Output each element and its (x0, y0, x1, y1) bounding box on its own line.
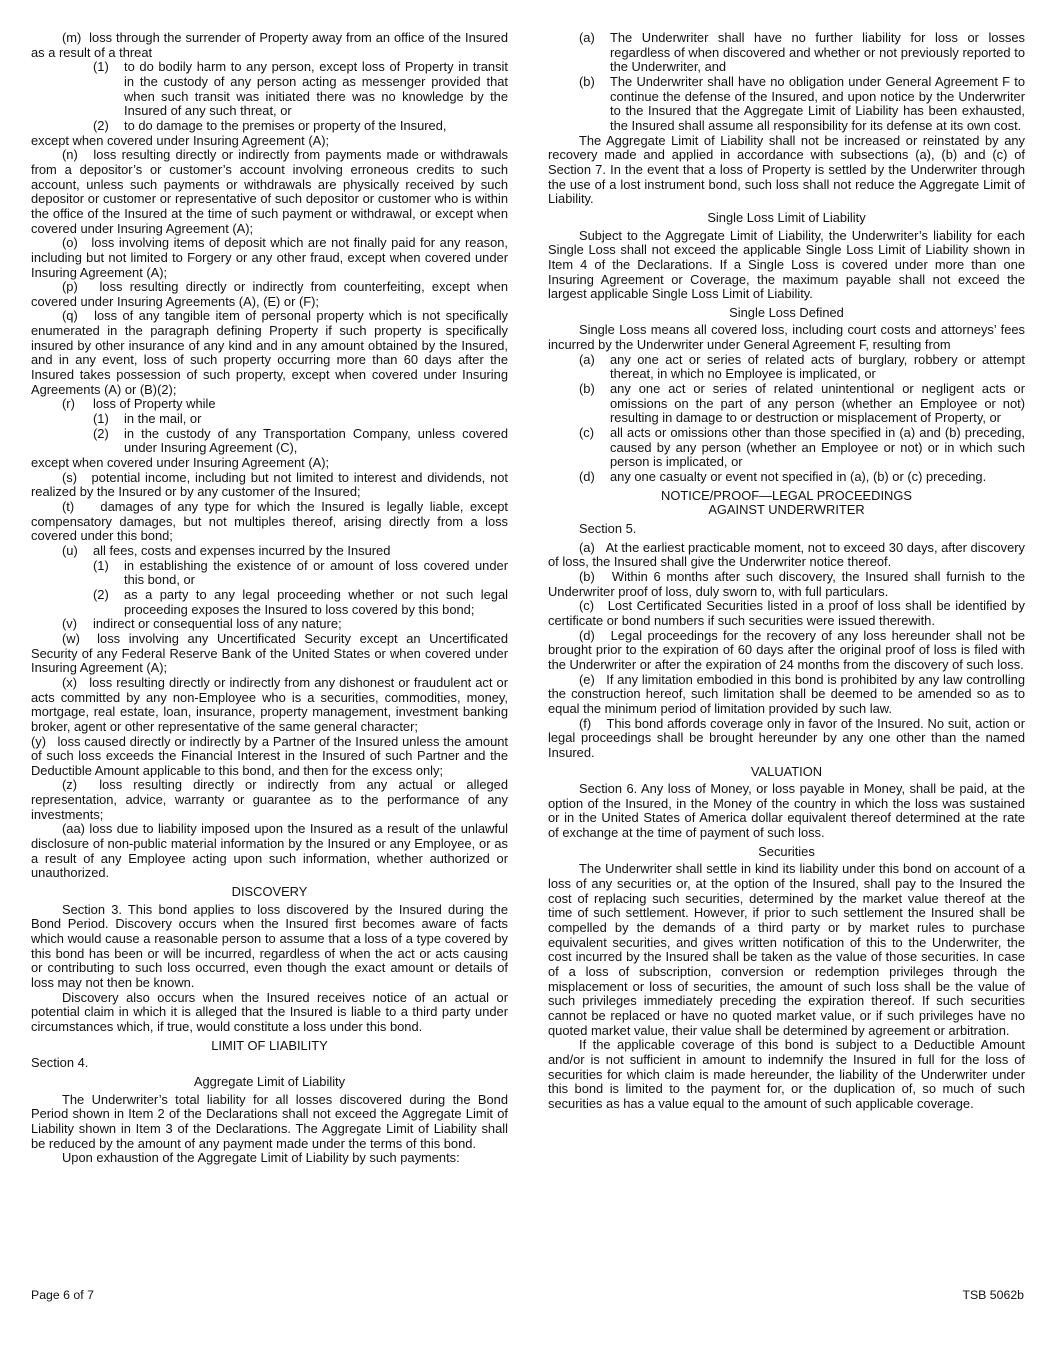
single-loss-limit-paragraph: Subject to the Aggregate Limit of Liabil… (548, 229, 1025, 302)
page-number: Page 6 of 7 (31, 1288, 94, 1302)
notice-b: (b) Within 6 months after such discovery… (548, 570, 1025, 599)
securities-paragraph-2: If the applicable coverage of this bond … (548, 1038, 1025, 1111)
valuation-paragraph: Section 6. Any loss of Money, or loss pa… (548, 782, 1025, 841)
discovery-heading: DISCOVERY (31, 885, 508, 900)
securities-heading: Securities (548, 845, 1025, 860)
exclusion-v: (v) indirect or consequential loss of an… (31, 617, 508, 632)
single-loss-limit-heading: Single Loss Limit of Liability (548, 211, 1025, 226)
notice-d: (d) Legal proceedings for the recovery o… (548, 629, 1025, 673)
exclusion-aa: (aa) loss due to liability imposed upon … (31, 822, 508, 881)
exclusion-m-tail: except when covered under Insuring Agree… (31, 134, 508, 149)
discovery-paragraph-2: Discovery also occurs when the Insured r… (31, 991, 508, 1035)
aggregate-paragraph-1: The Underwriter’s total liability for al… (31, 1093, 508, 1152)
discovery-paragraph-1: Section 3. This bond applies to loss dis… (31, 903, 508, 991)
exclusion-u-item-2: (2) as a party to any legal proceeding w… (31, 588, 508, 617)
document-page: (m) loss through the surrender of Proper… (0, 0, 1055, 1365)
single-loss-item-b: (b) any one act or series of related uni… (548, 382, 1025, 426)
right-column: (a) The Underwriter shall have no furthe… (548, 31, 1025, 1112)
aggregate-paragraph-2: Upon exhaustion of the Aggregate Limit o… (31, 1151, 508, 1166)
exclusion-r-item-1: (1) in the mail, or (31, 412, 508, 427)
exhaustion-item-a: (a) The Underwriter shall have no furthe… (548, 31, 1025, 75)
single-loss-defined-paragraph: Single Loss means all covered loss, incl… (548, 323, 1025, 352)
notice-a: (a) At the earliest practicable moment, … (548, 541, 1025, 570)
form-number: TSB 5062b (962, 1288, 1024, 1302)
exclusion-n: (n) loss resulting directly or indirectl… (31, 148, 508, 236)
exclusion-x: (x) loss resulting directly or indirectl… (31, 676, 508, 735)
exclusion-z: (z) loss resulting directly or indirectl… (31, 778, 508, 822)
notice-f: (f) This bond affords coverage only in f… (548, 717, 1025, 761)
exclusion-u-item-1: (1) in establishing the existence of or … (31, 559, 508, 588)
aggregate-paragraph-3: The Aggregate Limit of Liability shall n… (548, 134, 1025, 207)
exclusion-m-item-1: (1) to do bodily harm to any person, exc… (31, 60, 508, 119)
exclusion-q: (q) loss of any tangible item of persona… (31, 309, 508, 397)
limit-of-liability-heading: LIMIT OF LIABILITY (31, 1039, 508, 1054)
securities-paragraph-1: The Underwriter shall settle in kind its… (548, 862, 1025, 1038)
exclusion-r-item-2: (2) in the custody of any Transportation… (31, 427, 508, 456)
single-loss-item-d: (d) any one casualty or event not specif… (548, 470, 1025, 485)
notice-e: (e) If any limitation embodied in this b… (548, 673, 1025, 717)
exclusion-p: (p) loss resulting directly or indirectl… (31, 280, 508, 309)
exclusion-y: (y) loss caused directly or indirectly b… (31, 735, 508, 779)
section-5-label: Section 5. (548, 522, 1025, 537)
exclusion-t: (t) damages of any type for which the In… (31, 500, 508, 544)
exclusion-w: (w) loss involving any Uncertificated Se… (31, 632, 508, 676)
exclusion-s: (s) potential income, including but not … (31, 471, 508, 500)
notice-heading-line-1: NOTICE/PROOF—LEGAL PROCEEDINGS (548, 489, 1025, 504)
section-4-label: Section 4. (31, 1056, 508, 1071)
exclusion-r: (r) loss of Property while (31, 397, 508, 412)
exclusion-m-item-2: (2) to do damage to the premises or prop… (31, 119, 508, 134)
aggregate-limit-heading: Aggregate Limit of Liability (31, 1075, 508, 1090)
exclusion-u: (u) all fees, costs and expenses incurre… (31, 544, 508, 559)
exhaustion-item-b: (b) The Underwriter shall have no obliga… (548, 75, 1025, 134)
valuation-heading: VALUATION (548, 765, 1025, 780)
single-loss-item-c: (c) all acts or omissions other than tho… (548, 426, 1025, 470)
exclusion-o: (o) loss involving items of deposit whic… (31, 236, 508, 280)
notice-c: (c) Lost Certificated Securities listed … (548, 599, 1025, 628)
left-column: (m) loss through the surrender of Proper… (31, 31, 508, 1166)
exclusion-m: (m) loss through the surrender of Proper… (31, 31, 508, 60)
single-loss-item-a: (a) any one act or series of related act… (548, 353, 1025, 382)
single-loss-defined-heading: Single Loss Defined (548, 306, 1025, 321)
exclusion-r-tail: except when covered under Insuring Agree… (31, 456, 508, 471)
notice-heading-line-2: AGAINST UNDERWRITER (548, 503, 1025, 518)
